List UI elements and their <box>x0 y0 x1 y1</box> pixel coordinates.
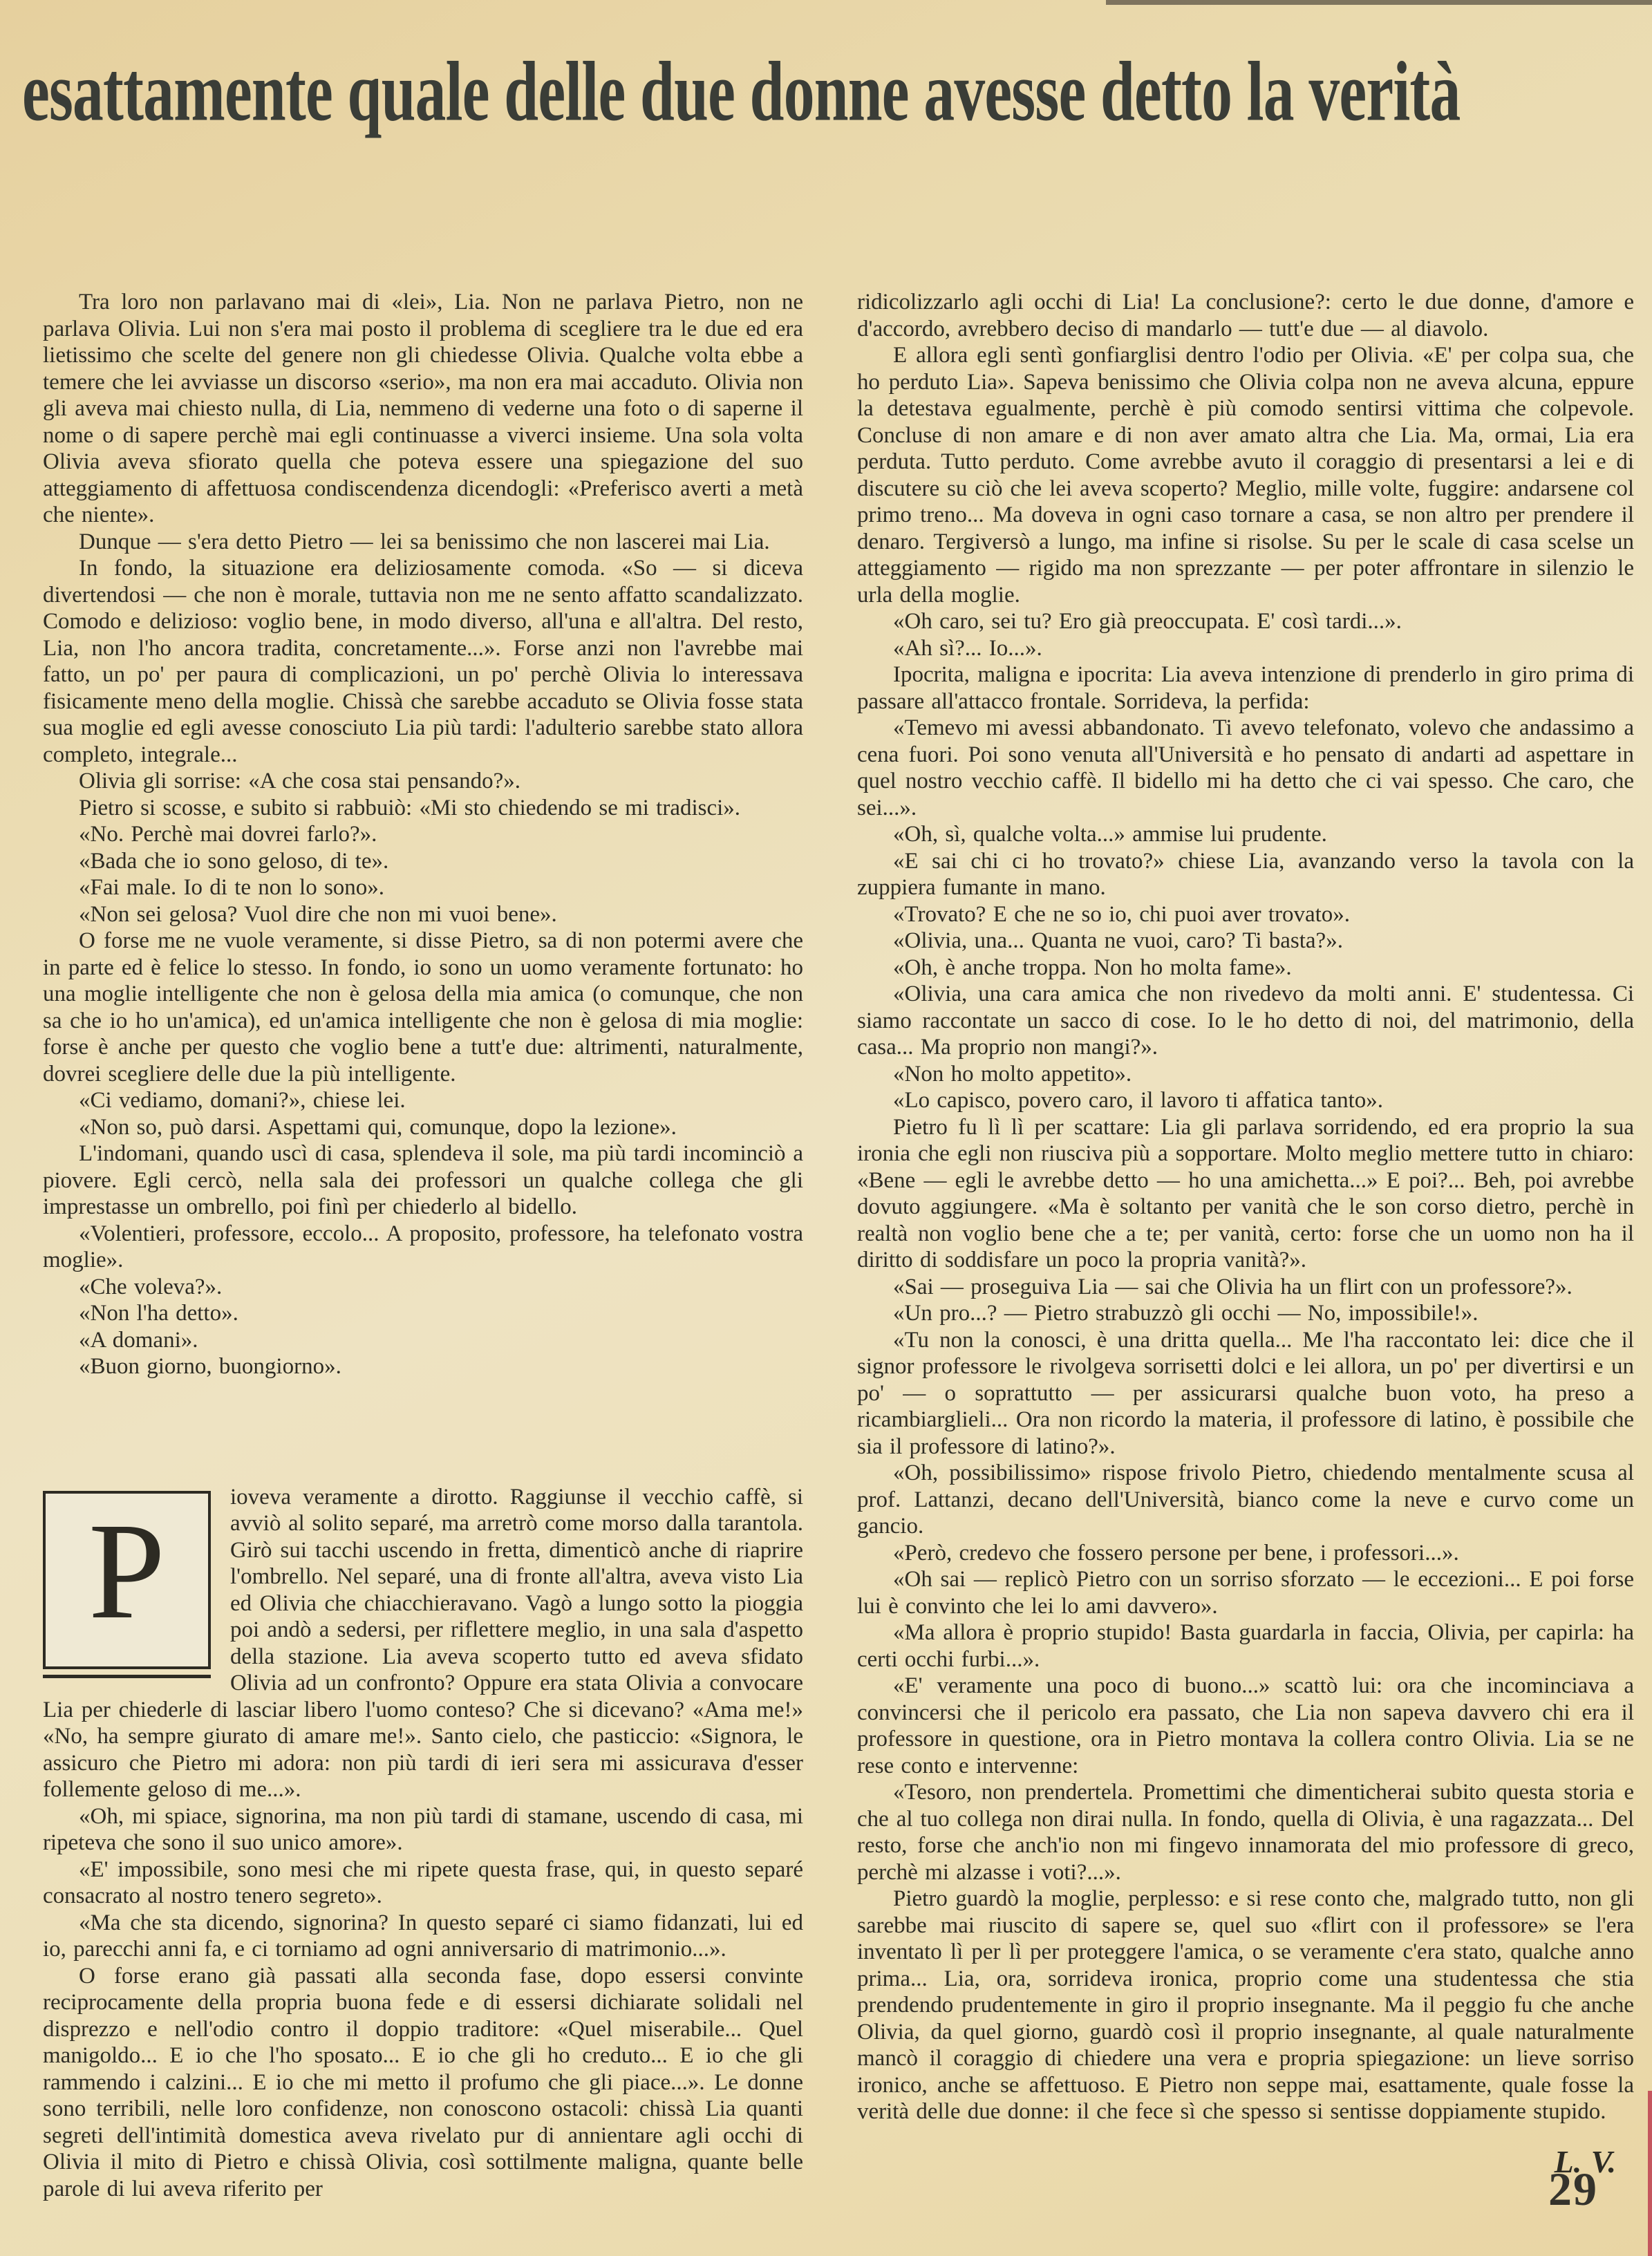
paragraph: «Ma allora è proprio stupido! Basta guar… <box>857 1619 1634 1673</box>
paragraph: «Sai — proseguiva Lia — sai che Olivia h… <box>857 1274 1634 1301</box>
left-column-paragraphs: Tra loro non parlavano mai di «lei», Lia… <box>43 289 803 1380</box>
paragraph: «Tu non la conosci, è una dritta quella.… <box>857 1327 1634 1460</box>
paragraph: Tra loro non parlavano mai di «lei», Lia… <box>43 289 803 529</box>
page-number: 29 <box>1548 2162 1598 2217</box>
paragraph: In fondo, la situazione era deliziosamen… <box>43 555 803 768</box>
paragraph: O forse erano già passati alla seconda f… <box>43 1963 803 2203</box>
paragraph: Dunque — s'era detto Pietro — lei sa ben… <box>43 529 803 556</box>
paragraph: Pietro si scosse, e subito si rabbuiò: «… <box>43 795 803 822</box>
paragraph: «Bada che io sono geloso, di te». <box>43 848 803 875</box>
right-column: ridicolizzarlo agli occhi di Lia! La con… <box>857 289 1634 2175</box>
headline-text: esattamente quale delle due donne avesse… <box>22 43 1460 141</box>
dropcap-section: Pioveva veramente a dirotto. Raggiunse i… <box>43 1484 803 2203</box>
page-edge-shadow <box>1106 0 1652 5</box>
drop-cap-initial: P <box>43 1491 211 1669</box>
paragraph: Ipocrita, maligna e ipocrita: Lia aveva … <box>857 661 1634 715</box>
paragraph: «Tesoro, non prendertela. Promettimi che… <box>857 1779 1634 1886</box>
paragraph: «No. Perchè mai dovrei farlo?». <box>43 821 803 848</box>
paragraph: «Oh, sì, qualche volta...» ammise lui pr… <box>857 821 1634 848</box>
paragraph: «Oh, possibilissimo» rispose frivolo Pie… <box>857 1460 1634 1540</box>
paragraph: E allora egli sentì gonfiarglisi dentro … <box>857 342 1634 608</box>
paragraph: Pietro guardò la moglie, perplesso: e si… <box>857 1886 1634 2125</box>
paragraph: «E' veramente una poco di buono...» scat… <box>857 1673 1634 1779</box>
paragraph: «Olivia, una cara amica che non rivedevo… <box>857 981 1634 1061</box>
paragraph: «Fai male. Io di te non lo sono». <box>43 874 803 901</box>
paragraph: «Oh, è anche troppa. Non ho molta fame». <box>857 955 1634 981</box>
paragraph: «E' impossibile, sono mesi che mi ripete… <box>43 1856 803 1910</box>
paragraph: «Oh caro, sei tu? Ero già preoccupata. E… <box>857 608 1634 635</box>
paragraph: «Un pro...? — Pietro strabuzzò gli occhi… <box>857 1300 1634 1327</box>
paragraph: Pietro fu lì lì per scattare: Lia gli pa… <box>857 1114 1634 1274</box>
magazine-page: esattamente quale delle due donne avesse… <box>0 0 1652 2256</box>
paragraph: L'indomani, quando uscì di casa, splende… <box>43 1140 803 1221</box>
paragraph: «Non so, può darsi. Aspettami qui, comun… <box>43 1114 803 1141</box>
paragraph: «Non ho molto appetito». <box>857 1061 1634 1088</box>
paragraph: «Oh sai — replicò Pietro con un sorriso … <box>857 1566 1634 1619</box>
paragraph: «Ah sì?... Io...». <box>857 635 1634 662</box>
paragraph: ridicolizzarlo agli occhi di Lia! La con… <box>857 289 1634 342</box>
paragraph: O forse me ne vuole veramente, si disse … <box>43 928 803 1087</box>
paragraph: «Oh, mi spiace, signorina, ma non più ta… <box>43 1803 803 1856</box>
paragraph: «Volentieri, professore, eccolo... A pro… <box>43 1221 803 1274</box>
paragraph: «Trovato? E che ne so io, chi puoi aver … <box>857 901 1634 928</box>
paragraph: «A domani». <box>43 1327 803 1354</box>
headline: esattamente quale delle due donne avesse… <box>22 48 1633 138</box>
paragraph: «Olivia, una... Quanta ne vuoi, caro? Ti… <box>857 928 1634 955</box>
paragraph: «Non l'ha detto». <box>43 1300 803 1327</box>
paragraph: «Ci vediamo, domani?», chiese lei. <box>43 1087 803 1114</box>
page-edge-red-strip <box>1648 2091 1652 2256</box>
paragraph: «Non sei gelosa? Vuol dire che non mi vu… <box>43 901 803 928</box>
paragraph: «Lo capisco, povero caro, il lavoro ti a… <box>857 1087 1634 1114</box>
paragraph: «Temevo mi avessi abbandonato. Ti avevo … <box>857 715 1634 821</box>
paragraph: «Ma che sta dicendo, signorina? In quest… <box>43 1910 803 1963</box>
paragraph: Pioveva veramente a dirotto. Raggiunse i… <box>43 1484 803 1803</box>
paragraph: Olivia gli sorrise: «A che cosa stai pen… <box>43 768 803 795</box>
paragraph: «Che voleva?». <box>43 1274 803 1301</box>
paragraph: «Buon giorno, buongiorno». <box>43 1353 803 1380</box>
paragraph: «Però, credevo che fossero persone per b… <box>857 1540 1634 1567</box>
right-column-paragraphs: ridicolizzarlo agli occhi di Lia! La con… <box>857 289 1634 2125</box>
left-column: Tra loro non parlavano mai di «lei», Lia… <box>43 289 803 2202</box>
paragraph: «E sai chi ci ho trovato?» chiese Lia, a… <box>857 848 1634 901</box>
author-signature: L. V. <box>857 2149 1634 2176</box>
